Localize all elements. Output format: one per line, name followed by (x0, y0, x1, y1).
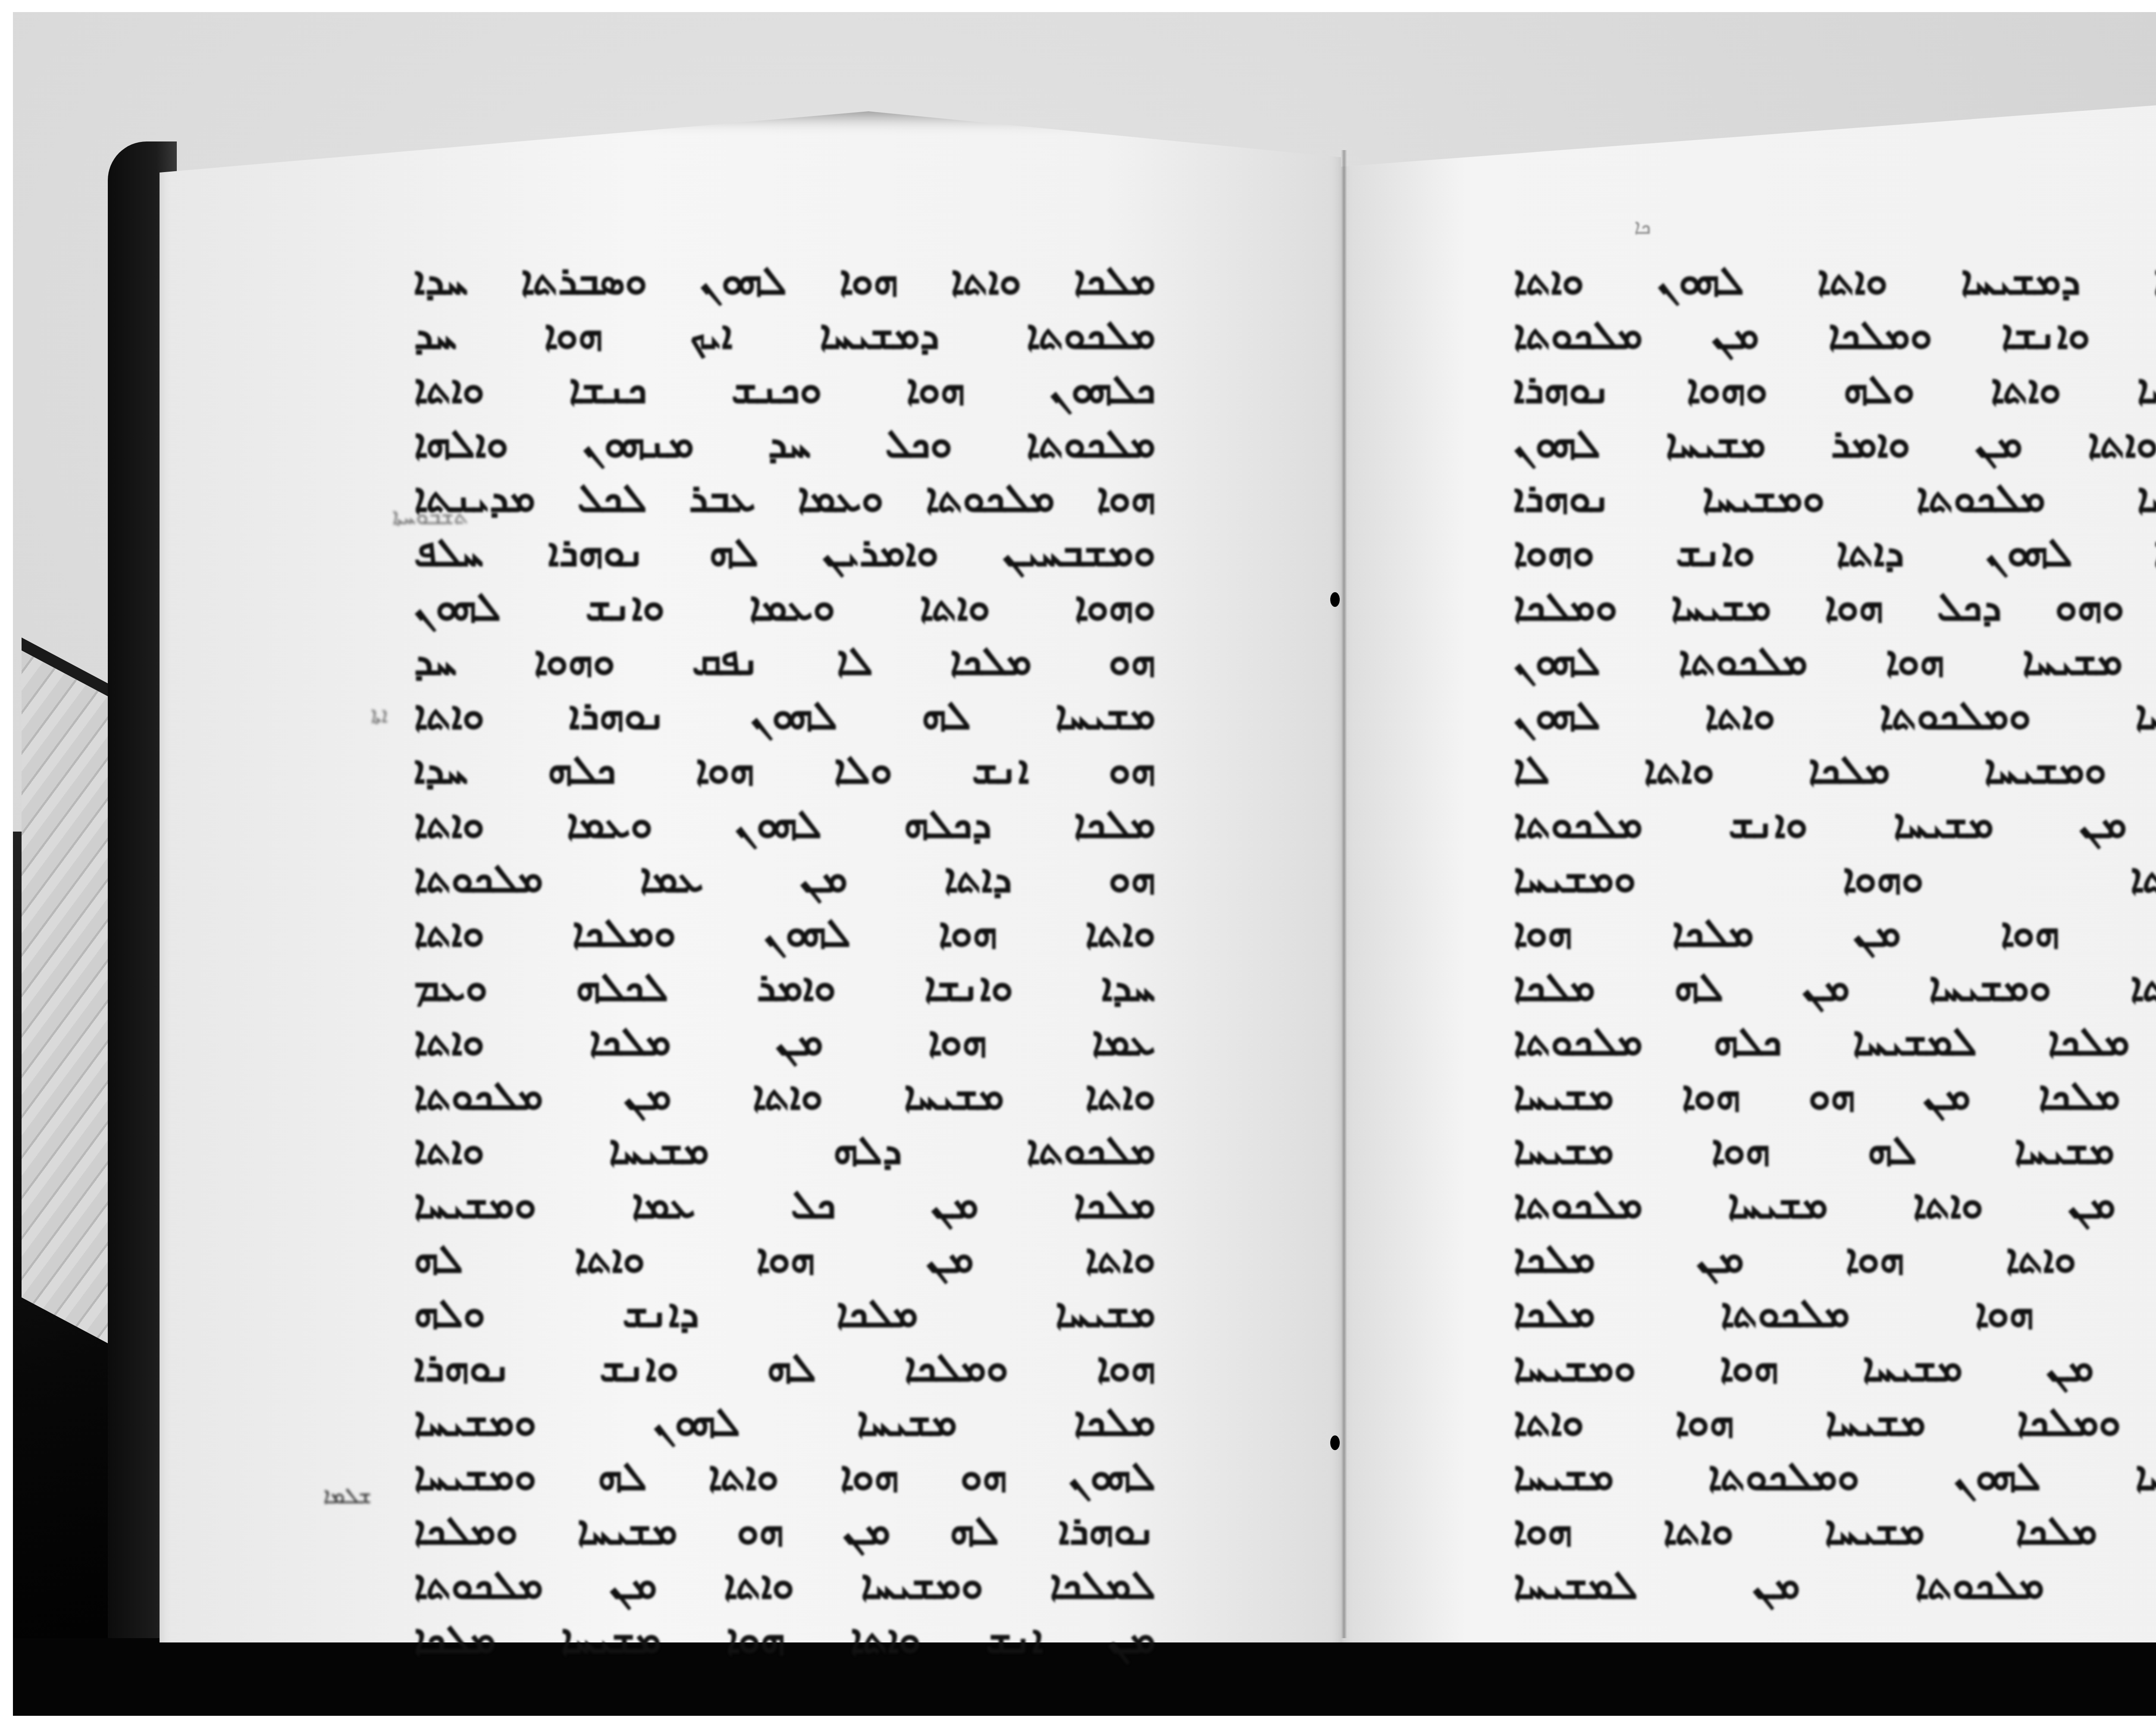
text-line: ܗܘܐ ܘܡܠܟܐ ܠܗ ܘܐܢܫ ܢܘܗܪܐ (414, 1341, 1156, 1395)
text-line: ܡܠܟܐ ܡܢ ܡܫܝܚܐ ܗܘܐ ܘܡܫܝܚܐ (1514, 1341, 2156, 1395)
text-line: ܡܠܟܘܬܐ ܘܗܘܐ ܘܡܫܝܚܐ (1514, 851, 2156, 906)
text-line: ܡܠܟܐ ܘܗܘ ܕܟܠ ܗܘܐ ܡܫܝܚܐ ܘܡܠܟܐ (1514, 580, 2156, 634)
text-line: ܡܫܝܚܐ ܠܗ ܠܗܘܢ ܢܘܗܪܐ ܘܐܬܐ (414, 688, 1156, 743)
text-line: ܠܡܫܝܚܐ ܠܗܘܢ ܘܡܠܟܘܬܐ ܡܫܝܚܐ (1514, 1449, 2156, 1504)
text-line: ܠܡܠܟܐ ܕܡܫܝܚܐ ܘܐܬܐ ܠܗܘܢ ܘܐܬܐ (1514, 254, 2156, 308)
text-line: ܚܕܐ ܘܐܢܫܐ ܘܐܡܪ ܠܟܠܗ ܘܥܡ (414, 960, 1156, 1014)
folio-mark: ܟܐ (1634, 215, 1651, 239)
text-line: ܠܡܠܟܐ ܘܡܫܝܚܐ ܘܐܬܐ ܡܢ ܡܠܟܘܬܐ (414, 1558, 1156, 1612)
margin-note: ܬܫܒܘܚܬܐ (392, 504, 468, 530)
text-line: ܡܠܟܘܬܐ ܕܠܗ ܡܫܝܚܐ ܘܐܬܐ (414, 1123, 1156, 1177)
text-line: ܗܘ ܕܐܬܐ ܡܢ ܥܡܐ ܡܠܟܘܬܐ (414, 851, 1156, 906)
text-line: ܡܠܟܘܬܐ ܘܡܫܝܚܐ ܡܢ ܠܗ ܡܠܟܐ (1514, 960, 2156, 1014)
text-line: ܗܘܐ ܡܢ ܘܐܬܐ ܡܫܝܚܐ ܡܠܟܘܬܐ (1514, 1177, 2156, 1232)
text-line: ܗܘܐ ܘܡܫܝܚܐ ܡܠܟܐ ܘܐܬܐ ܠܐ (1514, 743, 2156, 797)
text-line: ܡܫܝܚܐ ܡܠܟܐ ܕܐܢܫ ܘܠܗ (414, 1286, 1156, 1341)
stitch-hole (1330, 592, 1340, 607)
text-line: ܘܗܘܐ ܘܐܬܐ ܘܥܡܐ ܘܐܢܫ ܠܗܘܢ (414, 580, 1156, 634)
text-line: ܠܐ ܘܐܬܐ ܡܢ ܘܐܡܪ ܡܫܝܚܐ ܠܗܘܢ (1514, 417, 2156, 471)
text-line: ܡܫܝܚܐ ܗܘܐ ܡܢ ܡܠܟܐ ܗܘܐ (1514, 906, 2156, 960)
text-line: ܘܡܫܝܚܐ ܘܐܬܐ ܘܠܗ ܘܗܘܐ ܢܘܗܪܐ (1514, 362, 2156, 417)
text-line: ܠܡܠܟܐ ܠܗܘܢ ܕܐܬܐ ܘܐܢܫ ܘܗܘܐ (1514, 525, 2156, 580)
text-line: ܡܠܟܐ ܘܐܬܐ ܗܘܐ ܡܢ ܡܠܟܐ (1514, 1232, 2156, 1286)
text-line: ܡܠܟܐ ܡܫܝܚܐ ܠܗܘܢ ܘܡܫܝܚܐ (414, 1395, 1156, 1449)
text-line: ܠܡܫܝܚܐ ܘܡܠܟܘܬܐ ܘܐܬܐ ܠܗܘܢ (1514, 688, 2156, 743)
text-line: ܡܢ ܘܡܠܟܐ ܡܫܝܚܐ ܗܘܐ ܘܐܬܐ (1514, 1395, 2156, 1449)
text-line: ܘܠܗ ܡܠܟܐ ܡܢ ܗܘ ܗܘܐ ܡܫܝܚܐ (1514, 1069, 2156, 1123)
text-line: ܗܘ ܐܢܫ ܘܠܐ ܗܘܐ ܟܠܗ ܚܕܐ (414, 743, 1156, 797)
text-line: ܘܐܬܐ ܗܘܐ ܠܗܘܢ ܘܡܠܟܐ ܘܐܬܐ (414, 906, 1156, 960)
text-line: ܘܡܫܒܚܝܢ ܘܐܡܪܝܢ ܠܗ ܢܘܗܪܐ ܚܠܦ (414, 525, 1156, 580)
text-line: ܗܘܐ ܡܠܟܘܬܐ ܘܥܡܐ ܥܒܪ ܠܟܠ ܡܕܝܢܬܐ (414, 471, 1156, 525)
text-line: ܡܠܟܐ ܕܟܠܗ ܠܗܘܢ ܘܥܡܐ ܘܐܬܐ (414, 797, 1156, 851)
text-line: ܘܐܬܐ ܡܫܝܚܐ ܘܐܬܐ ܡܢ ܡܠܟܘܬܐ (414, 1069, 1156, 1123)
margin-note: ܐܬܐ (371, 702, 388, 728)
text-line: ܡܠܟܘܬܐ ܕܡܫܝܚܐ ܐܝܟ ܗܘܐ ܚܕ (414, 308, 1156, 362)
right-page-text: ܠܡܠܟܐ ܕܡܫܝܚܐ ܘܐܬܐ ܠܗܘܢ ܘܐܬܐ ܡܫܝܚܐ ܘܐܢܫܐ … (1514, 254, 2156, 1612)
text-line: ܗܘܐ ܡܫܝܚܐ ܗܘܐ ܡܠܟܘܬܐ ܠܗܘܢ (1514, 634, 2156, 688)
text-line: ܡܢ ܡܫܝܚܐ ܠܗ ܗܘܐ ܡܫܝܚܐ (1514, 1123, 2156, 1177)
text-line: ܡܠܟܘܬܐ ܘܟܠ ܚܕ ܡܢܗܘܢ ܘܐܠܗܐ (414, 417, 1156, 471)
text-line: ܠܗܘܢ ܗܘ ܗܘܐ ܘܐܬܐ ܠܗ ܘܡܫܝܚܐ (414, 1449, 1156, 1504)
margin-note: ܫܠܡܐ (323, 1483, 372, 1509)
text-line: ܡܠܟܐ ܡܢ ܟܠ ܥܡܐ ܘܡܫܝܚܐ (414, 1177, 1156, 1232)
left-page-text: ܡܠܟܐ ܘܐܬܐ ܗܘܐ ܠܗܘܢ ܘܣܒܪܬܐ ܚܕܐ ܡܠܟܘܬܐ ܕܡܫ… (414, 254, 1156, 1667)
text-line: ܡܠܟܐ ܘܐܬܐ ܗܘܐ ܠܗܘܢ ܘܣܒܪܬܐ ܚܕܐ (414, 254, 1156, 308)
spine-gutter (1341, 150, 1347, 1638)
text-line: ܥܡܐ ܗܘܐ ܡܢ ܡܠܟܐ ܘܐܬܐ (414, 1014, 1156, 1069)
text-line: ܡܫܝܚܐ ܗܘܐ ܡܠܟܘܬܐ ܡܠܟܐ (1514, 1286, 2156, 1341)
text-line: ܘܡܫܝܚܐ ܡܠܟܘܬܐ ܘܡܫܝܚܐ ܢܘܗܪܐ (1514, 471, 2156, 525)
text-line: ܘܠܗ ܡܠܟܐ ܡܫܝܚܐ ܘܐܬܐ ܗܘܐ (1514, 1504, 2156, 1558)
text-line: ܗܘܐ ܡܠܟܐ ܠܡܫܝܚܐ ܟܠܗ ܡܠܟܘܬܐ (1514, 1014, 2156, 1069)
manuscript-photo: ܟܐ ⁘ ܡܠܟܐ ܘܐܬܐ ܗܘܐ ܠܗܘܢ ܘܣܒܪܬܐ ܚܕܐ ܡܠܟܘܬ… (13, 12, 2156, 1716)
text-line: ܗܘ ܡܠܟܐ ܠܐ ܢܦܩ ܘܗܘܐ ܚܕ (414, 634, 1156, 688)
text-line: ܡܫܝܚܐ ܘܐܢܫܐ ܘܡܠܟܐ ܡܢ ܡܠܟܘܬܐ (1514, 308, 2156, 362)
text-line: ܡܫܝܚܐ ܡܠܟܘܬܐ ܡܢ ܠܡܫܝܚܐ (1514, 1558, 2156, 1612)
text-line: ܘܐܬܐ ܡܢ ܗܘܐ ܘܐܬܐ ܠܗ (414, 1232, 1156, 1286)
text-line: ܡܢ ܐܢܫ ܘܐܬܐ ܗܘܐ ܡܫܝܚܐ ܡܠܟܐ (414, 1612, 1156, 1667)
text-line: ܟܠܗܘܢ ܗܘܐ ܘܟܢܫ ܟܢܫܐ ܘܐܬܐ (414, 362, 1156, 417)
text-line: ܢܘܗܪܐ ܠܗ ܡܢ ܗܘ ܡܫܝܚܐ ܘܡܠܟܐ (414, 1504, 1156, 1558)
text-line: ܗܘ ܡܢ ܡܫܝܚܐ ܘܐܢܫ ܡܠܟܘܬܐ (1514, 797, 2156, 851)
stitch-hole (1330, 1435, 1340, 1450)
